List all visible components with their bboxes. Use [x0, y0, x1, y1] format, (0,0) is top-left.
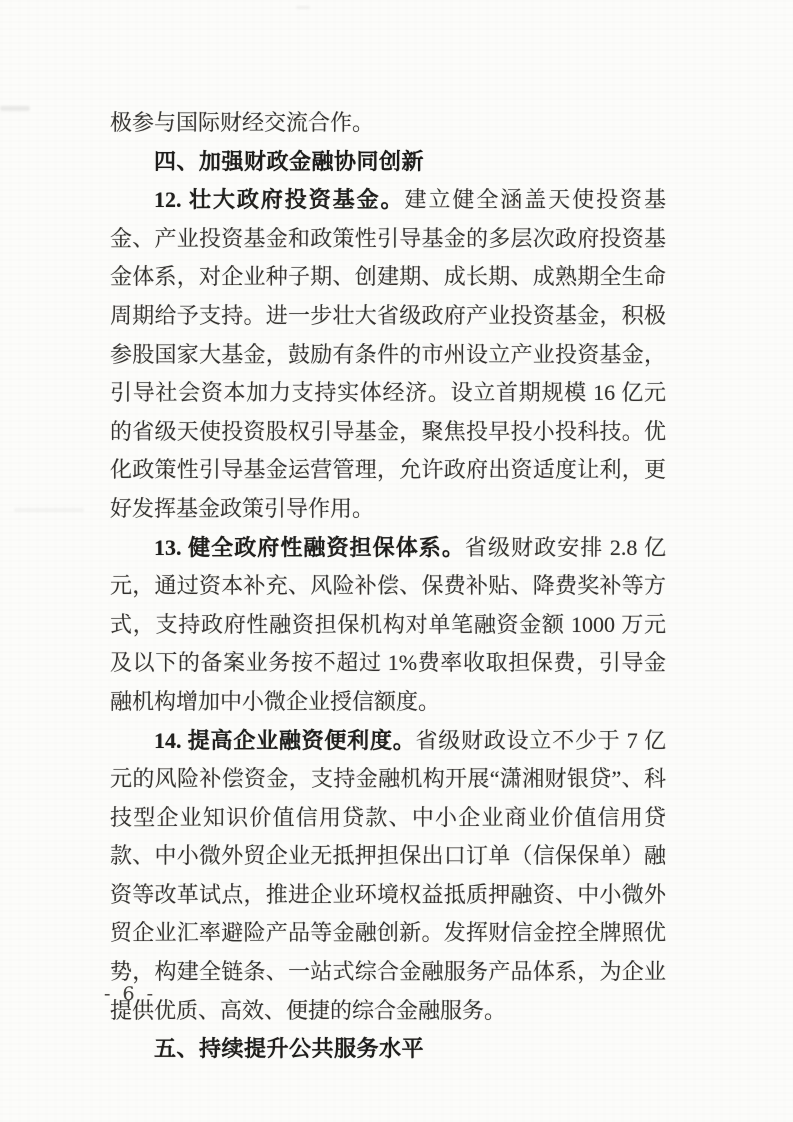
paragraph-14-body: 省级财政设立不少于 7 亿元的风险补偿资金，支持金融机构开展“潇湘财银贷”、科技…	[110, 728, 666, 1023]
scan-artifact	[0, 106, 30, 111]
paragraph-13-body: 省级财政安排 2.8 亿元，通过资本补充、风险补偿、保费补贴、降费奖补等方式，支…	[110, 535, 666, 714]
paragraph-13: 13. 健全政府性融资担保体系。省级财政安排 2.8 亿元，通过资本补充、风险补…	[110, 529, 666, 722]
paragraph-12: 12. 壮大政府投资基金。建立健全涵盖天使投资基金、产业投资基金和政策性引导基金…	[110, 181, 666, 528]
paragraph-14: 14. 提高企业融资便利度。省级财政设立不少于 7 亿元的风险补偿资金，支持金融…	[110, 722, 666, 1031]
section-heading-five: 五、持续提升公共服务水平	[110, 1030, 666, 1069]
paragraph-14-lead: 14. 提高企业融资便利度。	[154, 728, 416, 753]
paragraph-12-body: 建立健全涵盖天使投资基金、产业投资基金和政策性引导基金的多层次政府投资基金体系，…	[110, 187, 666, 521]
scan-artifact	[14, 508, 84, 512]
section-heading-four: 四、加强财政金融协同创新	[110, 143, 666, 182]
paragraph-13-lead: 13. 健全政府性融资担保体系。	[154, 535, 465, 560]
paragraph-12-lead: 12. 壮大政府投资基金。	[154, 187, 405, 212]
scan-artifact	[296, 6, 310, 9]
page-number: - 6 -	[104, 982, 156, 1006]
document-text-block: 极参与国际财经交流合作。 四、加强财政金融协同创新 12. 壮大政府投资基金。建…	[110, 104, 666, 1069]
paragraph-continuation: 极参与国际财经交流合作。	[110, 104, 666, 143]
scanned-document-page: 极参与国际财经交流合作。 四、加强财政金融协同创新 12. 壮大政府投资基金。建…	[0, 0, 793, 1122]
